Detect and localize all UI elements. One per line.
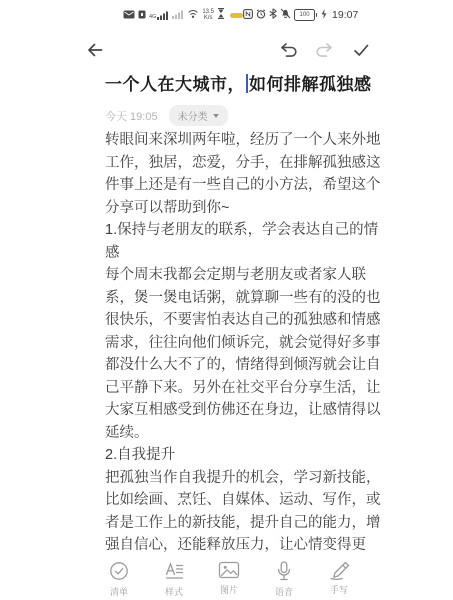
undo-button[interactable] <box>277 41 299 62</box>
status-bar: 4G 13.5 K/s <box>123 7 354 23</box>
eye-comfort-indicator <box>230 13 243 18</box>
text-cursor <box>246 74 248 93</box>
image-icon <box>217 560 241 583</box>
hourglass-icon <box>217 6 225 24</box>
note-body-editor[interactable]: 转眼间来深圳两年啦，经历了一个人来外地工作，独居，恋爱，分手，在排解孤独感这件事… <box>105 129 383 557</box>
handwriting-icon <box>327 560 351 583</box>
back-button[interactable] <box>85 40 105 63</box>
voice-icon <box>275 560 293 585</box>
editor-toolbar <box>85 38 371 64</box>
checklist-button[interactable]: 清单 <box>95 560 143 597</box>
category-label: 未分类 <box>178 108 208 123</box>
checklist-icon <box>108 560 130 585</box>
text-style-icon <box>163 560 185 585</box>
nfc-icon <box>243 6 253 24</box>
insert-image-button[interactable]: 图片 <box>205 560 253 597</box>
note-paragraph: 1.保持与老朋友的联系，学会表达自己的情感 <box>105 219 383 264</box>
toolbar-item-label: 图片 <box>220 585 238 595</box>
back-icon <box>85 40 105 63</box>
mute-icon <box>280 6 291 24</box>
note-paragraph: 把孤独当作自我提升的机会，学习新技能，比如绘画、烹饪、自媒体、运动、写作，或者是… <box>105 467 383 557</box>
status-clock: 19:07 <box>332 9 358 21</box>
category-selector[interactable]: 未分类 <box>169 105 228 126</box>
signal-bars-icon: 4G <box>149 11 169 20</box>
note-timestamp: 今天 19:05 <box>105 108 158 124</box>
note-paragraph: 每个周末我都会定期与老朋友或者家人联系，煲一煲电话粥，就算聊一些有的没的也很快乐… <box>105 264 383 444</box>
toolbar-item-label: 语音 <box>275 587 293 597</box>
network-speed-indicator: 13.5 K/s <box>202 9 214 21</box>
chevron-down-icon <box>213 114 219 118</box>
alarm-icon <box>256 6 266 24</box>
redo-button[interactable] <box>314 41 336 62</box>
signal-bars-secondary-icon <box>172 6 184 24</box>
status-right-group: 100 19:07 <box>243 6 358 24</box>
battery-icon: 100 <box>294 9 315 21</box>
redo-icon <box>314 41 336 62</box>
voice-note-button[interactable]: 语音 <box>260 560 308 597</box>
bottom-toolbar: 清单 样式 图片 语音 <box>0 556 453 600</box>
title-text-before-cursor: 一个人在大城市， <box>105 75 245 94</box>
sim-icon <box>138 6 146 24</box>
note-meta-row: 今天 19:05 未分类 <box>105 105 383 126</box>
bluetooth-icon <box>269 6 277 24</box>
confirm-button[interactable] <box>351 40 371 63</box>
undo-icon <box>277 41 299 62</box>
note-paragraph: 2.自我提升 <box>105 444 383 467</box>
charging-icon <box>321 6 327 24</box>
note-title-input[interactable]: 一个人在大城市，如何排解孤独感 <box>105 72 383 98</box>
confirm-icon <box>351 40 371 63</box>
status-left-group: 4G 13.5 K/s <box>123 6 243 24</box>
toolbar-item-label: 样式 <box>165 587 183 597</box>
toolbar-item-label: 清单 <box>110 587 128 597</box>
text-style-button[interactable]: 样式 <box>150 560 198 597</box>
hotspot-icon <box>187 6 199 24</box>
title-text-after-cursor: 如何排解孤独感 <box>249 75 372 94</box>
toolbar-item-label: 手写 <box>330 585 348 595</box>
handwriting-button[interactable]: 手写 <box>315 560 363 597</box>
message-icon <box>123 6 135 24</box>
note-paragraph: 转眼间来深圳两年啦，经历了一个人来外地工作，独居，恋爱，分手，在排解孤独感这件事… <box>105 129 383 219</box>
